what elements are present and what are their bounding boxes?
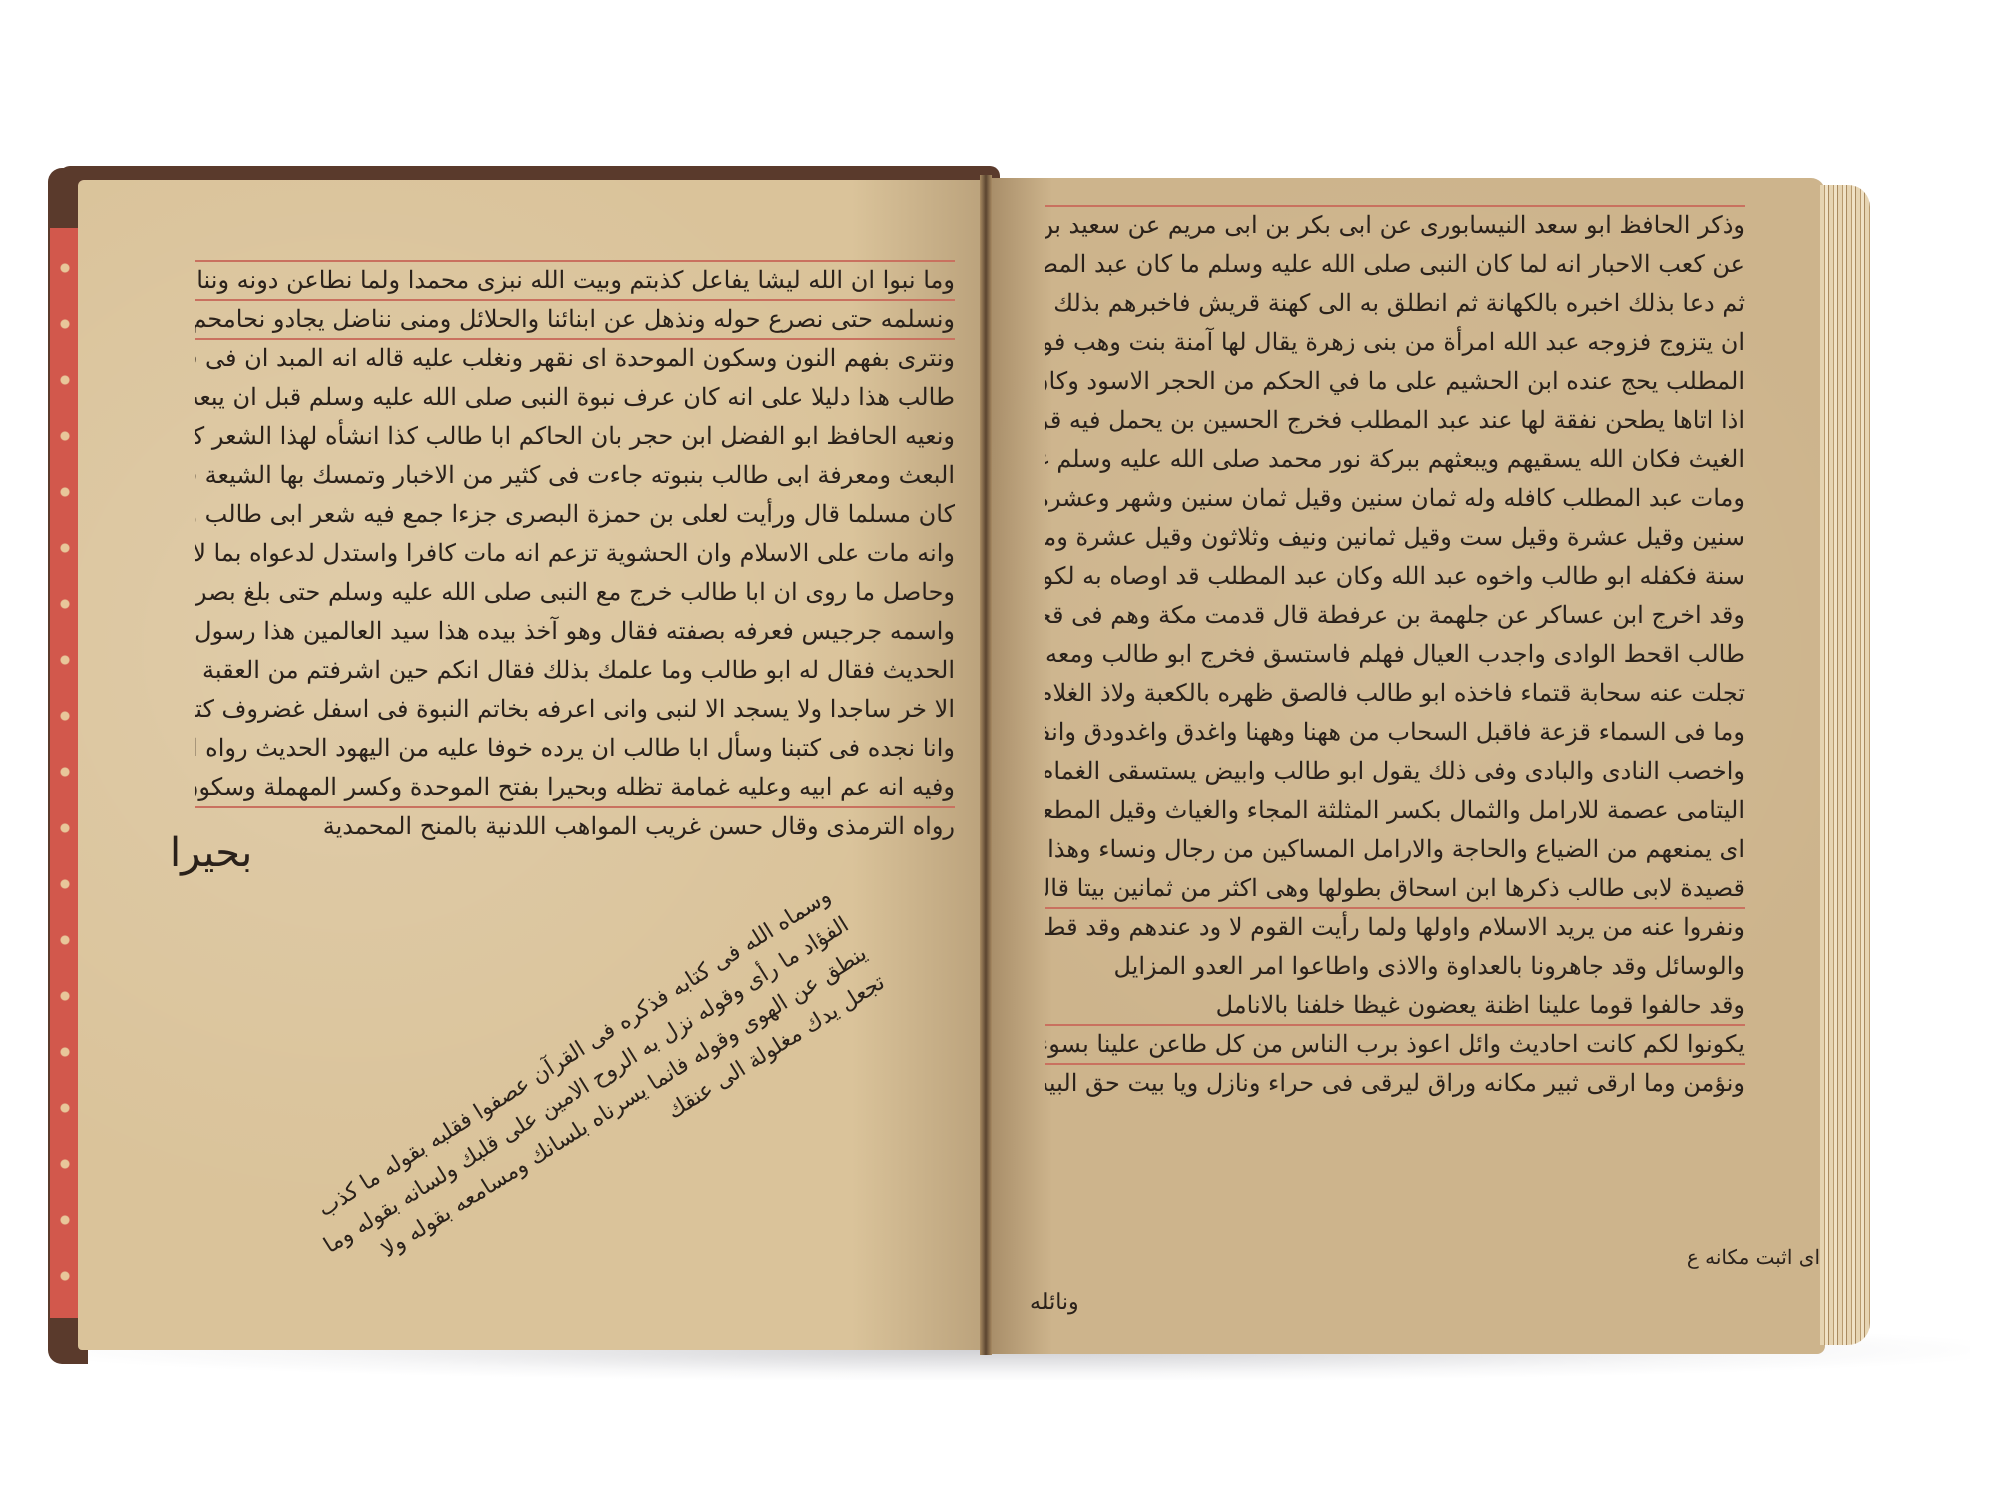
manuscript-line: ثم دعا بذلك اخبره بالكهانة ثم انطلق به ا… xyxy=(1045,283,1745,322)
manuscript-line: كان مسلما قال ورأيت لعلى بن حمزة البصرى … xyxy=(195,494,955,533)
manuscript-line: وما نبوا ان الله ليشا يفاعل كذبتم وبيت ا… xyxy=(195,260,955,299)
manuscript-line: ونفروا عنه من يريد الاسلام واولها ولما ر… xyxy=(1045,907,1745,946)
manuscript-line: وحاصل ما روى ان ابا طالب خرج مع النبى صل… xyxy=(195,572,955,611)
manuscript-line: وقد حالفوا قوما علينا اظنة يعضون غيظا خل… xyxy=(1045,985,1745,1024)
manuscript-line: ونترى بفهم النون وسكون الموحدة اى نقهر و… xyxy=(195,338,955,377)
manuscript-line: واسمه جرجيس فعرفه بصفته فقال وهو آخذ بيد… xyxy=(195,611,955,650)
manuscript-line: يكونوا لكم كانت احاديث وائل اعوذ برب الن… xyxy=(1045,1024,1745,1063)
manuscript-line: وانا نجده فى كتبنا وسأل ابا طالب ان يرده… xyxy=(195,728,955,767)
manuscript-line: ومات عبد المطلب كافله وله ثمان سنين وقيل… xyxy=(1045,478,1745,517)
manuscript-line: وما فى السماء قزعة فاقبل السحاب من ههنا … xyxy=(1045,712,1745,751)
right-margin-annotation: اى اثبت مكانه ع xyxy=(1560,1240,1820,1274)
manuscript-line: اذا اتاها يطحن نفقة لها عند عبد المطلب ف… xyxy=(1045,400,1745,439)
manuscript-line: ونسلمه حتى نصرع حوله ونذهل عن ابنائنا وا… xyxy=(195,299,955,338)
manuscript-line: الغيث فكان الله يسقيهم ويبعثهم ببركة نور… xyxy=(1045,439,1745,478)
left-catchword: بحيرا xyxy=(170,830,252,876)
manuscript-line: وذكر الحافظ ابو سعد النيسابورى عن ابى بك… xyxy=(1045,205,1745,244)
manuscript-line: طالب هذا دليلا على انه كان عرف نبوة النب… xyxy=(195,377,955,416)
manuscript-line: ان يتزوج فزوجه عبد الله امرأة من بنى زهر… xyxy=(1045,322,1745,361)
manuscript-line: الحديث فقال له ابو طالب وما علمك بذلك فق… xyxy=(195,650,955,689)
manuscript-line: وقد اخرج ابن عساكر عن جلهمة بن عرفطة قال… xyxy=(1045,595,1745,634)
manuscript-line: طالب اقحط الوادى واجدب العيال فهلم فاستس… xyxy=(1045,634,1745,673)
manuscript-line: تجلت عنه سحابة قتماء فاخذه ابو طالب فالص… xyxy=(1045,673,1745,712)
manuscript-line: وفيه انه عم ابيه وعليه غمامة تظله وبحيرا… xyxy=(195,767,955,806)
manuscript-line: اليتامى عصمة للارامل والثمال بكسر المثلث… xyxy=(1045,790,1745,829)
manuscript-line: ونعيه الحافظ ابو الفضل ابن حجر بان الحاك… xyxy=(195,416,955,455)
manuscript-line: واخصب النادى والبادى وفى ذلك يقول ابو طا… xyxy=(1045,751,1745,790)
manuscript-line: سنة فكفله ابو طالب واخوه عبد الله وكان ع… xyxy=(1045,556,1745,595)
right-page-text: وذكر الحافظ ابو سعد النيسابورى عن ابى بك… xyxy=(1045,205,1745,1102)
left-page-text: وما نبوا ان الله ليشا يفاعل كذبتم وبيت ا… xyxy=(195,260,955,845)
manuscript-line: المطلب يحج عنده ابن الحشيم على ما في الح… xyxy=(1045,361,1745,400)
manuscript-line: ونؤمن وما ارقى ثبير مكانه وراق ليرقى فى … xyxy=(1045,1063,1745,1102)
manuscript-line: قصيدة لابى طالب ذكرها ابن اسحاق بطولها و… xyxy=(1045,868,1745,907)
manuscript-line: الا خر ساجدا ولا يسجد الا لنبى وانى اعرف… xyxy=(195,689,955,728)
manuscript-line: سنين وقيل عشرة وقيل ست وقيل ثمانين ونيف … xyxy=(1045,517,1745,556)
page-edges xyxy=(1820,185,1870,1345)
manuscript-line: وانه مات على الاسلام وان الحشوية تزعم ان… xyxy=(195,533,955,572)
red-cloth-doublure xyxy=(50,228,80,1318)
manuscript-line: عن كعب الاحبار انه لما كان النبى صلى الل… xyxy=(1045,244,1745,283)
right-catchword: ونائله xyxy=(1030,1290,1079,1315)
manuscript-line: اى يمنعهم من الضياع والحاجة والارامل الم… xyxy=(1045,829,1745,868)
book-gutter xyxy=(980,175,992,1355)
manuscript-line: البعث ومعرفة ابى طالب بنبوته جاءت فى كثي… xyxy=(195,455,955,494)
manuscript-line: رواه الترمذى وقال حسن غريب المواهب اللدن… xyxy=(195,806,955,845)
manuscript-line: والوسائل وقد جاهرونا بالعداوة والاذى واط… xyxy=(1045,946,1745,985)
